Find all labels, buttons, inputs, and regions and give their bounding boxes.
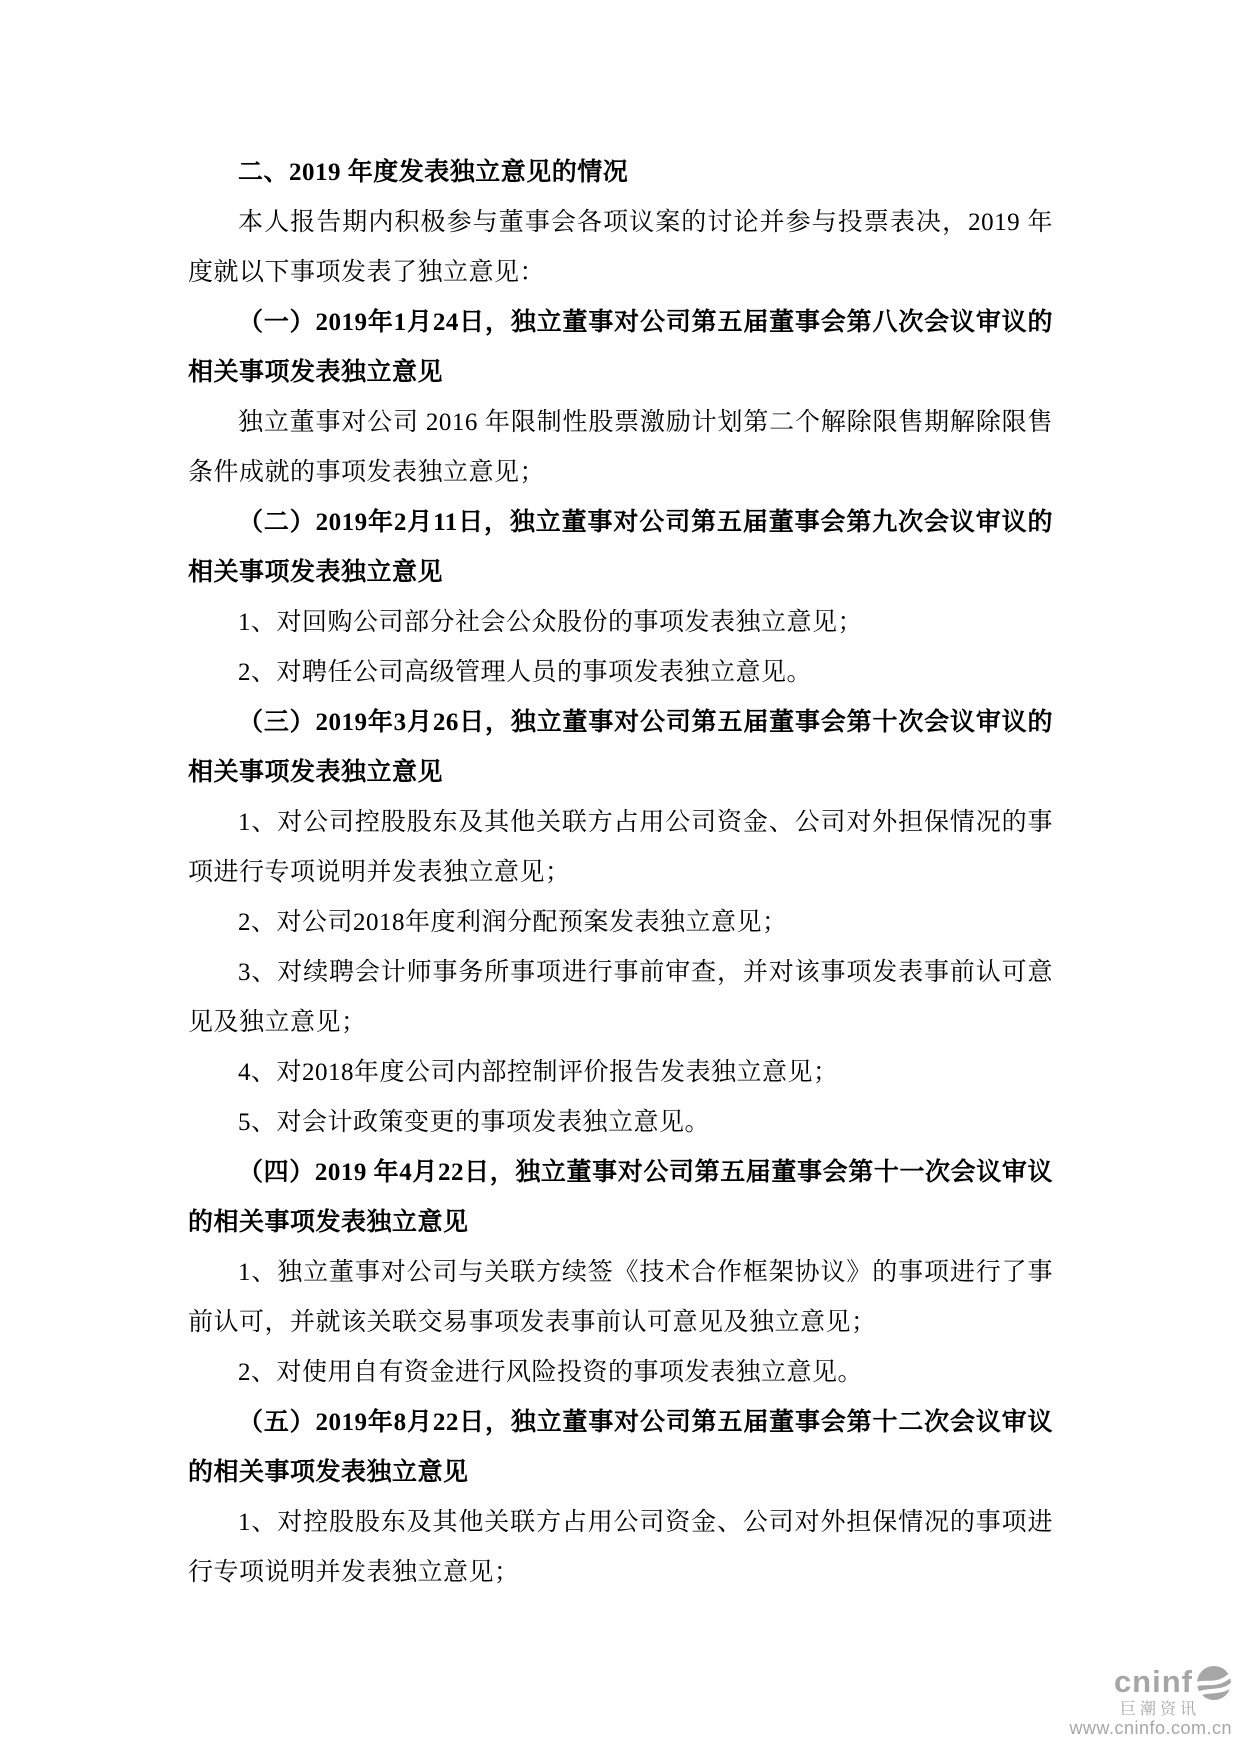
paragraph: 3、对续聘会计师事务所事项进行事前审查，并对该事项发表事前认可意见及独立意见； [188,948,1053,1048]
section-subheading: （五）2019年8月22日，独立董事对公司第五届董事会第十二次会议审议的相关事项… [188,1398,1053,1498]
paragraph: 1、对公司控股股东及其他关联方占用公司资金、公司对外担保情况的事项进行专项说明并… [188,798,1053,898]
section-heading: 二、2019 年度发表独立意见的情况 [188,148,1053,198]
paragraph: 2、对公司2018年度利润分配预案发表独立意见； [188,898,1053,948]
section-subheading: （四）2019 年4月22日，独立董事对公司第五届董事会第十一次会议审议的相关事… [188,1148,1053,1248]
paragraph: 1、独立董事对公司与关联方续签《技术合作框架协议》的事项进行了事前认可，并就该关… [188,1248,1053,1348]
paragraph: 1、对控股股东及其他关联方占用公司资金、公司对外担保情况的事项进行专项说明并发表… [188,1498,1053,1598]
document-content: 二、2019 年度发表独立意见的情况 本人报告期内积极参与董事会各项议案的讨论并… [188,148,1053,1598]
cninfo-chinese-name: 巨潮资讯 [1069,1702,1200,1718]
paragraph: 2、对使用自有资金进行风险投资的事项发表独立意见。 [188,1348,1053,1398]
paragraph: 4、对2018年度公司内部控制评价报告发表独立意见； [188,1048,1053,1098]
paragraph: 独立董事对公司 2016 年限制性股票激励计划第二个解除限售期解除限售条件成就的… [188,398,1053,498]
cninfo-watermark: cninf 巨潮资讯 www.cninfo.com.cn [1069,1665,1232,1739]
paragraph: 本人报告期内积极参与董事会各项议案的讨论并参与投票表决，2019 年度就以下事项… [188,198,1053,298]
cninfo-url: www.cninfo.com.cn [1069,1719,1232,1739]
cninfo-logo-row: cninf [1069,1665,1232,1701]
document-page: 二、2019 年度发表独立意见的情况 本人报告期内积极参与董事会各项议案的讨论并… [0,0,1241,1754]
paragraph-list: 本人报告期内积极参与董事会各项议案的讨论并参与投票表决，2019 年度就以下事项… [188,198,1053,1598]
section-subheading: （三）2019年3月26日，独立董事对公司第五届董事会第十次会议审议的相关事项发… [188,698,1053,798]
cninfo-globe-icon [1196,1665,1232,1701]
section-subheading: （一）2019年1月24日，独立董事对公司第五届董事会第八次会议审议的相关事项发… [188,298,1053,398]
paragraph: 5、对会计政策变更的事项发表独立意见。 [188,1098,1053,1148]
cninfo-logo-text: cninf [1114,1666,1193,1697]
paragraph: 2、对聘任公司高级管理人员的事项发表独立意见。 [188,648,1053,698]
section-subheading: （二）2019年2月11日，独立董事对公司第五届董事会第九次会议审议的相关事项发… [188,498,1053,598]
paragraph: 1、对回购公司部分社会公众股份的事项发表独立意见； [188,598,1053,648]
